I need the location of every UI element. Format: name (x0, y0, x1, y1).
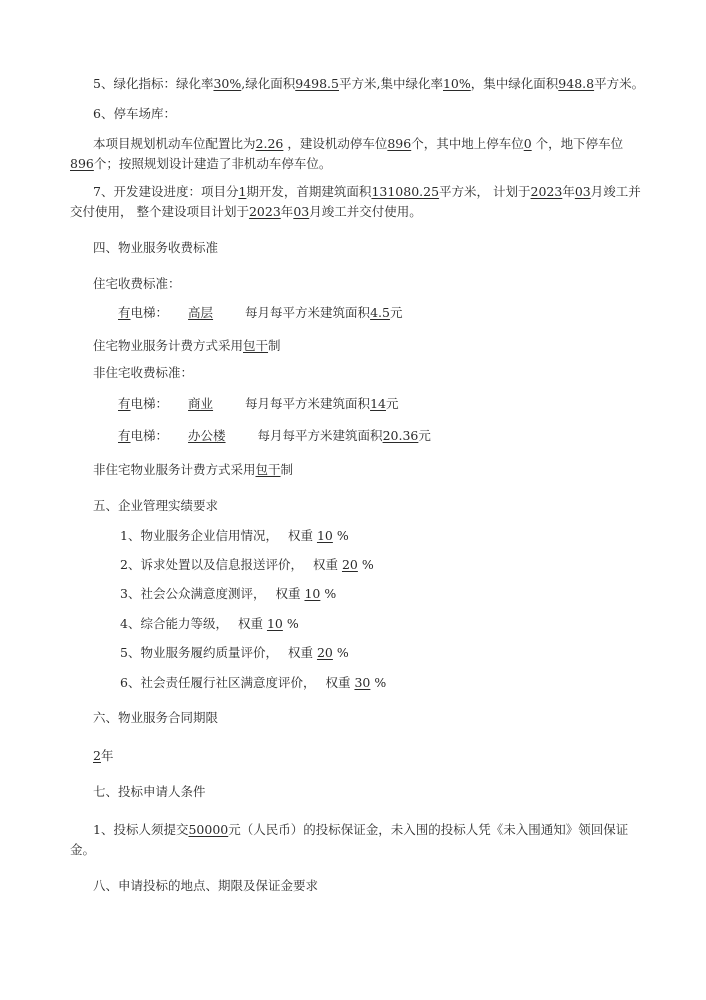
text: 年 (281, 204, 294, 219)
text: 本项目规划机动车位配置比为 (93, 136, 256, 151)
text: 5、绿化指标：绿化率 (93, 76, 213, 91)
text: 非住宅物业服务计费方式采用 (93, 462, 256, 477)
text: 月竣工并交付使用。 (309, 204, 422, 219)
text: 制 (281, 462, 294, 477)
building-type: 高层 (188, 305, 213, 320)
contract-heading: 六、物业服务合同期限 (93, 710, 218, 726)
text: 7、开发建设进度：项目分 (93, 184, 238, 199)
applicant-line-2: 金。 (70, 842, 95, 858)
text: 元 (390, 305, 403, 320)
parking-below: 896 (70, 156, 94, 171)
deposit-amount: 50000 (188, 822, 228, 837)
text: % (287, 616, 299, 631)
text: 个，地下停车位 (532, 136, 623, 151)
text: 平方米。 (594, 76, 644, 91)
building-type: 办公楼 (188, 428, 226, 443)
text: % (324, 586, 336, 601)
management-heading: 五、企业管理实绩要求 (93, 498, 218, 514)
text: 权重 (288, 645, 313, 660)
management-item: 3、社会公众满意度测评，权重 10 % (120, 586, 336, 602)
text: % (337, 645, 349, 660)
central-greening-area: 948.8 (558, 76, 594, 91)
parking-above: 0 (524, 136, 532, 151)
fee-price: 4.5 (370, 305, 390, 320)
text: 4、综合能力等级， (120, 616, 228, 631)
completion-year-2: 2023 (249, 204, 281, 219)
management-item: 1、物业服务企业信用情况，权重 10 % (120, 528, 349, 544)
text: 权重 (313, 557, 338, 572)
fee-price: 20.36 (383, 428, 419, 443)
text: 平方米,集中绿化率 (339, 76, 443, 91)
residential-label: 住宅收费标准： (93, 276, 181, 292)
text: 住宅物业服务计费方式采用 (93, 338, 243, 353)
management-item: 4、综合能力等级，权重 10 % (120, 616, 299, 632)
greening-line: 5、绿化指标：绿化率30%,绿化面积9498.5平方米,集中绿化率10%，集中绿… (93, 76, 644, 92)
completion-month-2: 03 (293, 204, 309, 219)
text: % (374, 675, 386, 690)
text: % (362, 557, 374, 572)
text: 每月每平方米建筑面积 (245, 396, 370, 411)
text: 1、物业服务企业信用情况， (120, 528, 278, 543)
text: 权重 (275, 586, 300, 601)
method-value: 包干 (256, 462, 281, 477)
fee-price: 14 (370, 396, 386, 411)
applicant-line-1: 1、投标人须提交50000元（人民币）的投标保证金，未入围的投标人凭《未入围通知… (93, 822, 628, 838)
text: 个；按照规划设计建造了非机动车停车位。 (94, 156, 332, 171)
text: 年 (562, 184, 575, 199)
contract-term: 2年 (93, 748, 113, 764)
text: 2、诉求处置以及信息报送评价， (120, 557, 303, 572)
text: ,绿化面积 (241, 76, 295, 91)
text: 权重 (238, 616, 263, 631)
text: 元（人民币）的投标保证金，未入围的投标人凭《未入围通知》领回保证 (228, 822, 628, 837)
weight-value: 30 (354, 675, 370, 690)
text: 1、投标人须提交 (93, 822, 188, 837)
text: 年 (101, 748, 114, 763)
applicant-heading: 七、投标申请人条件 (93, 784, 206, 800)
nonres-fee-row: 有电梯：办公楼每月每平方米建筑面积20.36元 (118, 428, 431, 444)
greening-area: 9498.5 (295, 76, 339, 91)
weight-value: 10 (317, 528, 333, 543)
text: 元 (386, 396, 399, 411)
section8-heading: 八、申请投标的地点、期限及保证金要求 (93, 878, 318, 894)
parking-total: 896 (387, 136, 411, 151)
fees-heading: 四、物业服务收费标准 (93, 240, 218, 256)
elevator-flag: 有 (118, 428, 131, 443)
text: 制 (268, 338, 281, 353)
text: 6、社会责任履行社区满意度评价， (120, 675, 315, 690)
residential-method: 住宅物业服务计费方式采用包干制 (93, 338, 281, 354)
text: 月竣工并 (591, 184, 641, 199)
nonres-label: 非住宅收费标准： (93, 365, 193, 381)
first-phase-area: 131080.25 (371, 184, 439, 199)
text: 电梯： (131, 396, 169, 411)
parking-heading: 6、停车场库： (93, 106, 176, 122)
text: 3、社会公众满意度测评， (120, 586, 265, 601)
parking-line-1: 本项目规划机动车位配置比为2.26 ，建设机动停车位896个，其中地上停车位0 … (93, 136, 623, 152)
parking-ratio: 2.26 (256, 136, 284, 151)
nonres-fee-row: 有电梯：商业每月每平方米建筑面积14元 (118, 396, 398, 412)
text: 期开发，首期建筑面积 (246, 184, 371, 199)
text: 交付使用， 整个建设项目计划于 (70, 204, 249, 219)
text: % (337, 528, 349, 543)
elevator-flag: 有 (118, 305, 131, 320)
elevator-flag: 有 (118, 396, 131, 411)
text: 权重 (288, 528, 313, 543)
building-type: 商业 (188, 396, 213, 411)
central-greening-rate: 10% (443, 76, 471, 91)
text: 电梯： (131, 305, 169, 320)
management-item: 6、社会责任履行社区满意度评价，权重 30 % (120, 675, 386, 691)
text: 每月每平方米建筑面积 (258, 428, 383, 443)
text: 电梯： (131, 428, 169, 443)
management-item: 2、诉求处置以及信息报送评价，权重 20 % (120, 557, 374, 573)
nonres-method: 非住宅物业服务计费方式采用包干制 (93, 462, 293, 478)
text: 权重 (325, 675, 350, 690)
management-item: 5、物业服务履约质量评价，权重 20 % (120, 645, 349, 661)
residential-fee-row: 有电梯：高层每月每平方米建筑面积4.5元 (118, 305, 402, 321)
text: ，集中绿化面积 (471, 76, 559, 91)
completion-year-1: 2023 (531, 184, 563, 199)
contract-years: 2 (93, 748, 101, 763)
weight-value: 20 (342, 557, 358, 572)
parking-line-2: 896个；按照规划设计建造了非机动车停车位。 (70, 156, 331, 172)
text: 元 (418, 428, 431, 443)
weight-value: 20 (317, 645, 333, 660)
completion-month-1: 03 (575, 184, 591, 199)
text: 个，其中地上停车位 (411, 136, 524, 151)
method-value: 包干 (243, 338, 268, 353)
text: 平方米， 计划于 (439, 184, 530, 199)
text: 每月每平方米建筑面积 (245, 305, 370, 320)
schedule-line-2: 交付使用， 整个建设项目计划于2023年03月竣工并交付使用。 (70, 204, 422, 220)
text: ，建设机动停车位 (283, 136, 387, 151)
weight-value: 10 (304, 586, 320, 601)
greening-rate: 30% (213, 76, 241, 91)
text: 5、物业服务履约质量评价， (120, 645, 278, 660)
schedule-line-1: 7、开发建设进度：项目分1期开发，首期建筑面积131080.25平方米， 计划于… (93, 184, 641, 200)
weight-value: 10 (267, 616, 283, 631)
